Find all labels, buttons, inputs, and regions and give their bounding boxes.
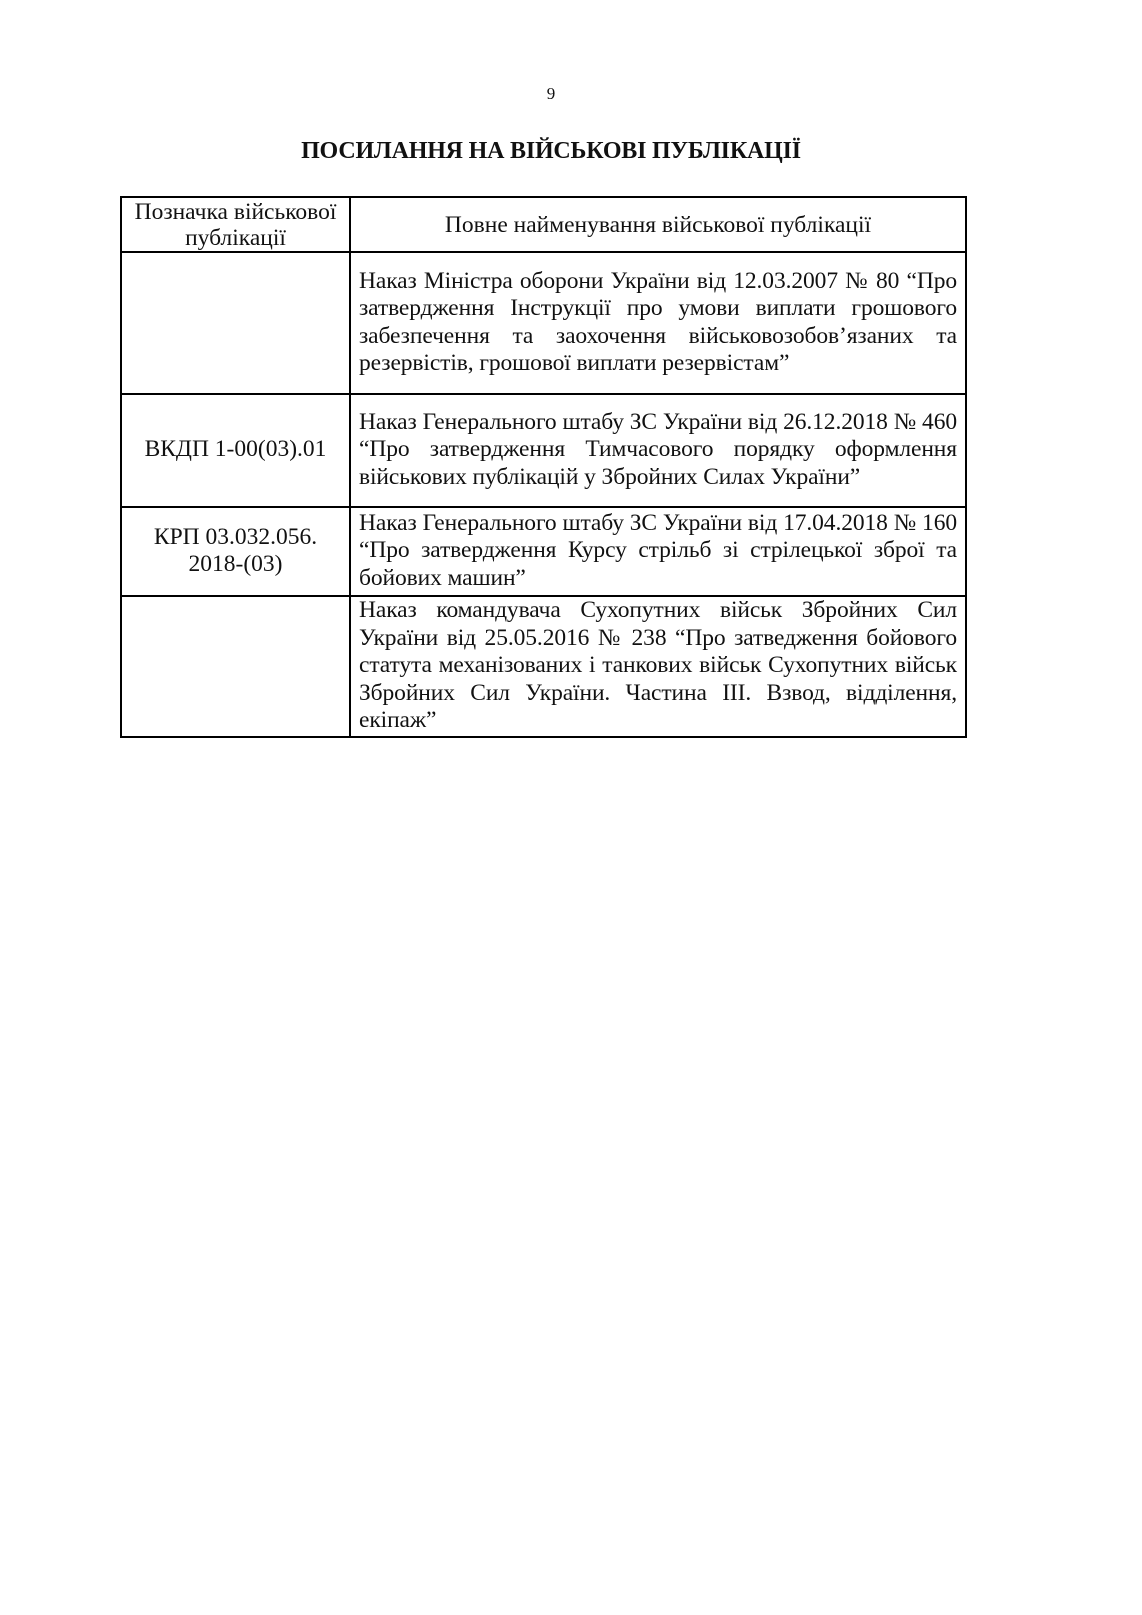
column-header-code: Позначка військової публікації [121, 197, 350, 252]
publication-code: ВКДП 1-00(03).01 [121, 394, 350, 507]
publication-name: Наказ Генерального штабу ЗС України від … [350, 507, 966, 596]
publication-name: Наказ Генерального штабу ЗС України від … [350, 394, 966, 507]
publication-name: Наказ Міністра оборони України від 12.03… [350, 252, 966, 394]
publication-code [121, 596, 350, 737]
publication-code [121, 252, 350, 394]
page-number: 9 [0, 84, 1102, 104]
column-header-name: Повне найменування військової публікації [350, 197, 966, 252]
table-row: Наказ командувача Сухопутних військ Збро… [121, 596, 966, 737]
publication-code: КРП 03.032.056. 2018-(03) [121, 507, 350, 596]
page-title: ПОСИЛАННЯ НА ВІЙСЬКОВІ ПУБЛІКАЦІЇ [0, 136, 1102, 166]
publication-name: Наказ командувача Сухопутних військ Збро… [350, 596, 966, 737]
table-row: КРП 03.032.056. 2018-(03) Наказ Генераль… [121, 507, 966, 596]
table-header-row: Позначка військової публікації Повне най… [121, 197, 966, 252]
table-row: ВКДП 1-00(03).01 Наказ Генерального штаб… [121, 394, 966, 507]
table-row: Наказ Міністра оборони України від 12.03… [121, 252, 966, 394]
military-publications-table: Позначка військової публікації Повне най… [120, 196, 967, 738]
